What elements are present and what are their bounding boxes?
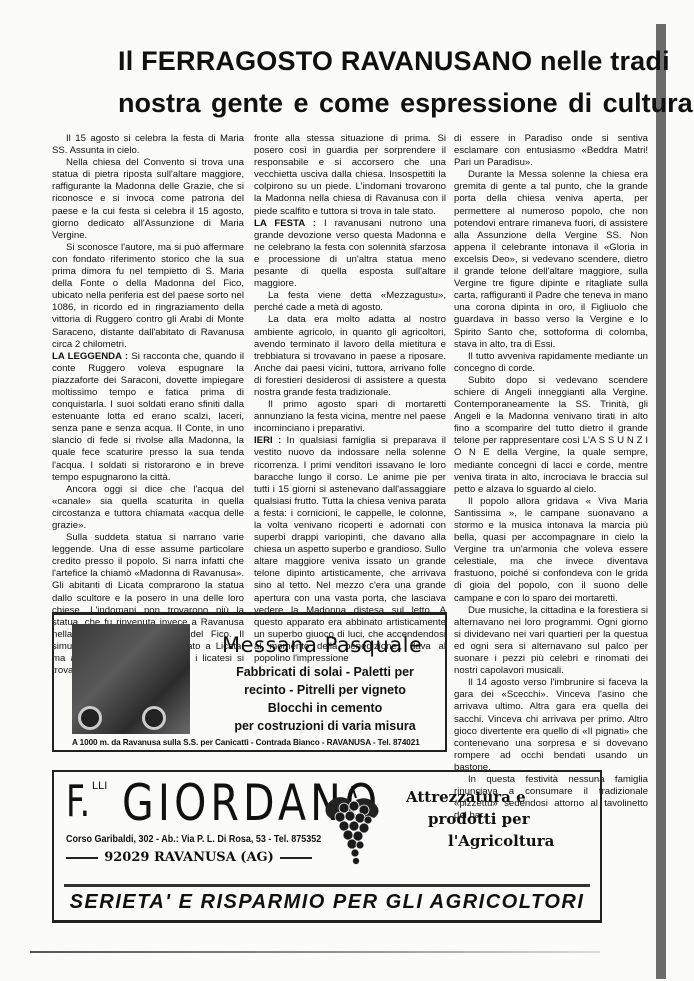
paragraph-text: Subito dopo si vedevano scendere schiere… bbox=[454, 375, 648, 495]
section-label: LA FESTA : bbox=[254, 218, 316, 229]
ad-brand-prefix-sup: LLI bbox=[92, 780, 107, 792]
headline-rest: nelle tradi bbox=[540, 46, 670, 76]
ad-product-line: per costruzioni di varia misura bbox=[214, 717, 436, 735]
ad-photo-cart bbox=[72, 624, 190, 734]
ad-business-name: Messana Pasquale bbox=[222, 633, 422, 657]
article-paragraph: La festa viene detta «Mezzagustu», perch… bbox=[254, 290, 446, 314]
paragraph-text: Ancora oggi si dice che l'acqua del «can… bbox=[52, 484, 244, 531]
paragraph-text: La festa viene detta «Mezzagustu», perch… bbox=[254, 290, 446, 313]
ad-divider bbox=[64, 884, 590, 887]
ad-giordano: F. LLI GIORDANO Corso Garibaldi, 302 - A… bbox=[52, 770, 602, 923]
article-paragraph: Si sconosce l'autore, ma si può affermar… bbox=[52, 242, 244, 351]
ad-product-line: Fabbricati di solai - Paletti per bbox=[214, 663, 436, 681]
article-column-2: fronte alla stessa situazione di prima. … bbox=[254, 133, 446, 665]
paragraph-text: di essere in Paradiso onde si sentiva es… bbox=[454, 133, 648, 168]
page-spine-edge bbox=[656, 24, 666, 979]
headline-line-1: Il FERRAGOSTO RAVANUSANO nelle tradi bbox=[118, 46, 670, 77]
ad-brand-prefix: F. bbox=[66, 776, 90, 827]
article-paragraph: di essere in Paradiso onde si sentiva es… bbox=[454, 133, 648, 169]
article-paragraph: LA FESTA : I ravanusani nutrono una gran… bbox=[254, 218, 446, 291]
ad-tagline: Attrezzatura e prodotti per l'Agricoltur… bbox=[406, 786, 576, 852]
ad-product-line: recinto - Pitrelli per vigneto bbox=[214, 681, 436, 699]
ad-city-text: 92029 RAVANUSA (AG) bbox=[104, 850, 274, 865]
wheel-icon bbox=[142, 706, 166, 730]
article-paragraph: Subito dopo si vedevano scendere schiere… bbox=[454, 375, 648, 496]
article-paragraph: Due musiche, la cittadina e la forestier… bbox=[454, 605, 648, 678]
article-paragraph: Il 14 agosto verso l'imbrunire si faceva… bbox=[454, 677, 648, 774]
section-label: LA LEGGENDA : bbox=[52, 351, 128, 362]
grapes-icon bbox=[322, 784, 382, 866]
article-column-1: Il 15 agosto si celebra la festa di Mari… bbox=[52, 133, 244, 677]
article-paragraph: fronte alla stessa situazione di prima. … bbox=[254, 133, 446, 218]
article-paragraph: Il 15 agosto si celebra la festa di Mari… bbox=[52, 133, 244, 157]
paragraph-text: La data era molto adatta al nostro ambie… bbox=[254, 314, 446, 398]
ad-product-line: Blocchi in cemento bbox=[214, 699, 436, 717]
paragraph-text: Il primo agosto spari di mortaretti annu… bbox=[254, 399, 446, 434]
article-column-3: di essere in Paradiso onde si sentiva es… bbox=[454, 133, 648, 822]
wheel-icon bbox=[78, 706, 102, 730]
paragraph-text: Durante la Messa solenne la chiesa era g… bbox=[454, 169, 648, 349]
article-paragraph: Il popolo allora gridava « Viva Maria Sa… bbox=[454, 496, 648, 605]
paragraph-text: Si sconosce l'autore, ma si può affermar… bbox=[52, 242, 244, 350]
paragraph-text: Il tutto avveniva rapidamente mediante u… bbox=[454, 351, 648, 374]
headline-line-2: nostra gente e come espressione di cultu… bbox=[118, 88, 693, 119]
ad-slogan: SERIETA' E RISPARMIO PER GLI AGRICOLTORI bbox=[64, 891, 590, 914]
ad-address-footer: A 1000 m. da Ravanusa sulla S.S. per Can… bbox=[72, 738, 420, 747]
ad-tagline-line: Attrezzatura e bbox=[406, 786, 576, 808]
paragraph-text: Il popolo allora gridava « Viva Maria Sa… bbox=[454, 496, 648, 604]
article-paragraph: LA LEGGENDA : Si racconta che, quando il… bbox=[52, 351, 244, 484]
article-paragraph: Il primo agosto spari di mortaretti annu… bbox=[254, 399, 446, 435]
paragraph-text: Nella chiesa del Convento si trova una s… bbox=[52, 157, 244, 241]
paragraph-text: fronte alla stessa situazione di prima. … bbox=[254, 133, 446, 217]
ad-tagline-line: prodotti per bbox=[406, 808, 576, 830]
article-paragraph: Durante la Messa solenne la chiesa era g… bbox=[454, 169, 648, 350]
headline-bold: Il FERRAGOSTO RAVANUSANO bbox=[118, 46, 532, 76]
paragraph-text: Il 14 agosto verso l'imbrunire si faceva… bbox=[454, 677, 648, 773]
decorative-rule bbox=[66, 857, 98, 859]
article-paragraph: La data era molto adatta al nostro ambie… bbox=[254, 314, 446, 399]
ad-products: Fabbricati di solai - Paletti per recint… bbox=[214, 663, 436, 735]
paragraph-text: Il 15 agosto si celebra la festa di Mari… bbox=[52, 133, 244, 156]
section-label: IERI : bbox=[254, 435, 281, 446]
ad-messana-pasquale: Messana Pasquale Fabbricati di solai - P… bbox=[52, 612, 447, 752]
ad-city: 92029 RAVANUSA (AG) bbox=[66, 850, 312, 865]
article-paragraph: Il tutto avveniva rapidamente mediante u… bbox=[454, 351, 648, 375]
decorative-rule bbox=[280, 857, 312, 859]
paragraph-text: Si racconta che, quando il conte Ruggero… bbox=[52, 351, 244, 483]
paragraph-text: Due musiche, la cittadina e la forestier… bbox=[454, 605, 648, 676]
ad-address: Corso Garibaldi, 302 - Ab.: Via P. L. Di… bbox=[66, 834, 321, 845]
article-paragraph: Ancora oggi si dice che l'acqua del «can… bbox=[52, 484, 244, 532]
article-paragraph: Nella chiesa del Convento si trova una s… bbox=[52, 157, 244, 242]
ad-tagline-line: l'Agricoltura bbox=[406, 830, 576, 852]
page-bottom-rule bbox=[30, 951, 600, 953]
